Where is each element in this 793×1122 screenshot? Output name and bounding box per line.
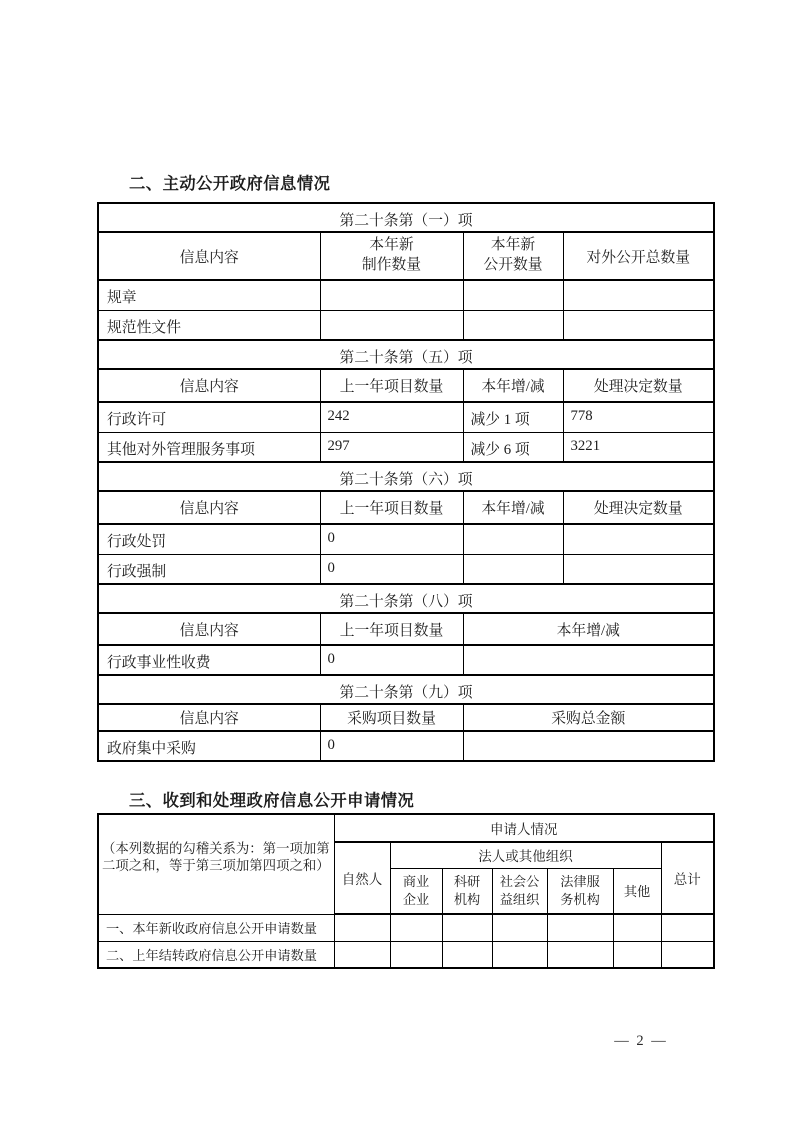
value-cell <box>463 280 563 310</box>
value-cell: 0 <box>320 524 463 554</box>
column-header: 本年增/减 <box>463 369 563 402</box>
value-cell: 0 <box>320 554 463 584</box>
row-label: 行政许可 <box>98 402 320 432</box>
column-header: 信息内容 <box>98 491 320 524</box>
sub-header-public-welfare: 社会公 益组织 <box>492 868 547 914</box>
value-cell: 3221 <box>563 432 714 462</box>
value-cell <box>463 310 563 340</box>
public-info-table: 第二十条第（一）项 信息内容 本年新 制作数量 本年新 公开数量 对外公开总数量… <box>97 202 715 762</box>
empty-cell <box>334 914 390 941</box>
empty-cell <box>661 941 714 968</box>
column-header: 处理决定数量 <box>563 491 714 524</box>
value-cell: 0 <box>320 645 463 675</box>
empty-cell <box>547 914 613 941</box>
empty-cell <box>390 941 442 968</box>
empty-cell <box>613 914 661 941</box>
column-header: 本年增/减 <box>463 491 563 524</box>
value-cell <box>563 524 714 554</box>
column-header: 信息内容 <box>98 613 320 645</box>
row-label: 政府集中采购 <box>98 731 320 761</box>
empty-cell <box>390 914 442 941</box>
sub-header-other: 其他 <box>613 868 661 914</box>
value-cell: 242 <box>320 402 463 432</box>
column-header: 信息内容 <box>98 704 320 731</box>
column-header: 本年新 公开数量 <box>463 232 563 280</box>
section-title: 第二十条第（九）项 <box>98 675 714 704</box>
empty-cell <box>492 914 547 941</box>
value-cell <box>320 280 463 310</box>
sub-header-legal-service: 法律服 务机构 <box>547 868 613 914</box>
value-cell <box>463 645 714 675</box>
page-number: — 2 — <box>596 1033 686 1050</box>
empty-cell <box>547 941 613 968</box>
column-header: 采购项目数量 <box>320 704 463 731</box>
value-cell <box>563 280 714 310</box>
section-title: 第二十条第（六）项 <box>98 462 714 491</box>
column-header: 处理决定数量 <box>563 369 714 402</box>
applications-table: （本列数据的勾稽关系为：第一项加第 二项之和，等于第三项加第四项之和） 申请人情… <box>97 813 715 969</box>
empty-cell <box>661 914 714 941</box>
section-3-heading: 三、收到和处理政府信息公开申请情况 <box>129 787 414 811</box>
value-cell: 778 <box>563 402 714 432</box>
column-header: 上一年项目数量 <box>320 491 463 524</box>
row-label: 行政处罚 <box>98 524 320 554</box>
value-cell <box>563 310 714 340</box>
empty-cell <box>334 941 390 968</box>
row-label: 其他对外管理服务事项 <box>98 432 320 462</box>
natural-person-header: 自然人 <box>334 842 390 914</box>
column-header: 上一年项目数量 <box>320 369 463 402</box>
value-cell: 297 <box>320 432 463 462</box>
row-label: 规范性文件 <box>98 310 320 340</box>
value-cell: 减少 6 项 <box>463 432 563 462</box>
sub-header-research: 科研 机构 <box>442 868 492 914</box>
empty-cell <box>442 941 492 968</box>
legal-org-header: 法人或其他组织 <box>390 842 661 868</box>
section-title: 第二十条第（五）项 <box>98 340 714 369</box>
value-cell <box>320 310 463 340</box>
applicant-header: 申请人情况 <box>334 814 714 842</box>
row-label: 规章 <box>98 280 320 310</box>
section-title: 第二十条第（一）项 <box>98 203 714 232</box>
column-header: 信息内容 <box>98 232 320 280</box>
total-header: 总计 <box>661 842 714 914</box>
row-label: 二、上年结转政府信息公开申请数量 <box>98 941 334 968</box>
value-cell <box>463 731 714 761</box>
empty-cell <box>613 941 661 968</box>
section-title: 第二十条第（八）项 <box>98 584 714 613</box>
empty-cell <box>442 914 492 941</box>
reconciliation-note: （本列数据的勾稽关系为：第一项加第 二项之和，等于第三项加第四项之和） <box>98 814 334 914</box>
value-cell: 减少 1 项 <box>463 402 563 432</box>
sub-header-commercial: 商业 企业 <box>390 868 442 914</box>
column-header: 信息内容 <box>98 369 320 402</box>
row-label: 行政强制 <box>98 554 320 584</box>
row-label: 一、本年新收政府信息公开申请数量 <box>98 914 334 941</box>
value-cell: 0 <box>320 731 463 761</box>
column-header: 上一年项目数量 <box>320 613 463 645</box>
row-label: 行政事业性收费 <box>98 645 320 675</box>
column-header: 对外公开总数量 <box>563 232 714 280</box>
empty-cell <box>492 941 547 968</box>
column-header: 本年增/减 <box>463 613 714 645</box>
value-cell <box>463 524 563 554</box>
document-page: 二、主动公开政府信息情况 第二十条第（一）项 信息内容 本年新 制作数量 本年新… <box>0 0 793 1122</box>
value-cell <box>563 554 714 584</box>
value-cell <box>463 554 563 584</box>
section-2-heading: 二、主动公开政府信息情况 <box>129 170 330 194</box>
column-header: 本年新 制作数量 <box>320 232 463 280</box>
column-header: 采购总金额 <box>463 704 714 731</box>
